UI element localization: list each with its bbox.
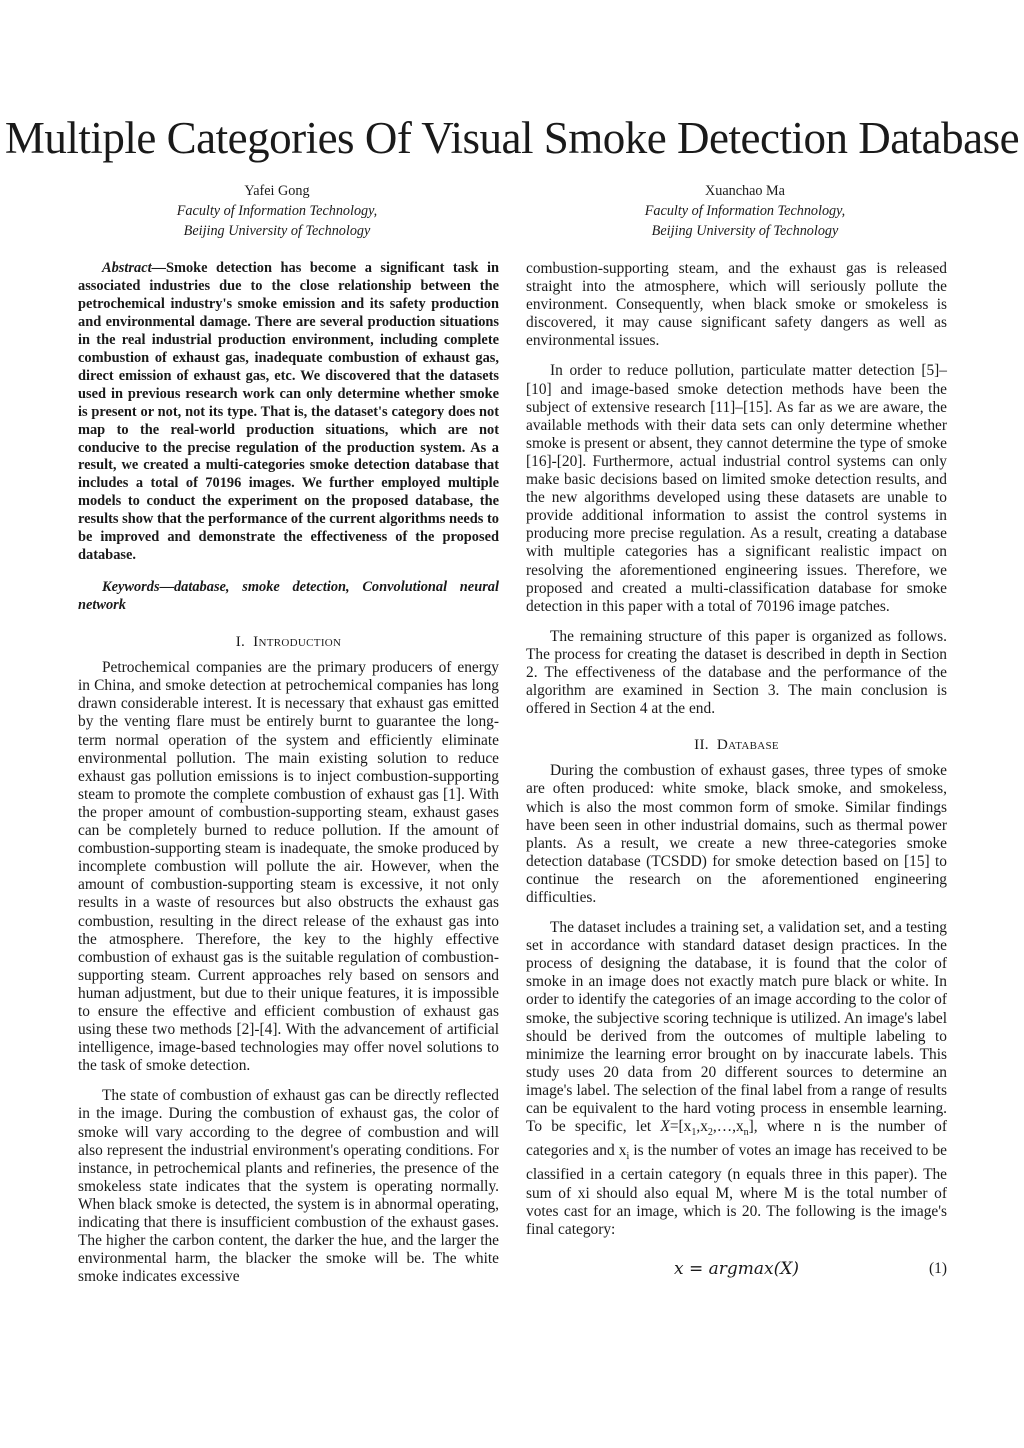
paragraph: The remaining structure of this paper is… — [526, 628, 947, 718]
author-affiliation: Faculty of Information Technology, — [580, 201, 910, 221]
keywords-label: Keywords— — [102, 579, 174, 595]
author-name: Xuanchao Ma — [580, 181, 910, 201]
author-affiliation: Faculty of Information Technology, — [112, 201, 442, 221]
paper-title: Multiple Categories Of Visual Smoke Dete… — [0, 114, 1024, 162]
author-block: Yafei Gong Faculty of Information Techno… — [112, 181, 442, 241]
left-column: Abstract—Smoke detection has become a si… — [78, 260, 499, 1298]
abstract: Abstract—Smoke detection has become a si… — [78, 260, 499, 565]
equation-1: x = argmax(X) (1) — [526, 1257, 947, 1281]
equation-number: (1) — [907, 1260, 947, 1278]
abstract-label: Abstract— — [102, 260, 166, 276]
author-name: Yafei Gong — [112, 181, 442, 201]
section-heading-database: II.Database — [526, 736, 947, 754]
paragraph: The state of combustion of exhaust gas c… — [78, 1087, 499, 1286]
keywords: Keywords—database, smoke detection, Conv… — [78, 579, 499, 615]
equation-expression: x = argmax(X) — [526, 1260, 907, 1278]
author-block: Xuanchao Ma Faculty of Information Techn… — [580, 181, 910, 241]
paragraph: combustion-supporting steam, and the exh… — [526, 260, 947, 350]
paragraph: In order to reduce pollution, particulat… — [526, 362, 947, 615]
section-heading-introduction: I.Introduction — [78, 633, 499, 651]
abstract-text: Smoke detection has become a significant… — [78, 260, 499, 563]
paragraph: During the combustion of exhaust gases, … — [526, 762, 947, 907]
paragraph: Petrochemical companies are the primary … — [78, 659, 499, 1075]
paragraph: The dataset includes a training set, a v… — [526, 919, 947, 1239]
author-affiliation: Beijing University of Technology — [580, 221, 910, 241]
author-affiliation: Beijing University of Technology — [112, 221, 442, 241]
right-column: combustion-supporting steam, and the exh… — [526, 260, 947, 1281]
